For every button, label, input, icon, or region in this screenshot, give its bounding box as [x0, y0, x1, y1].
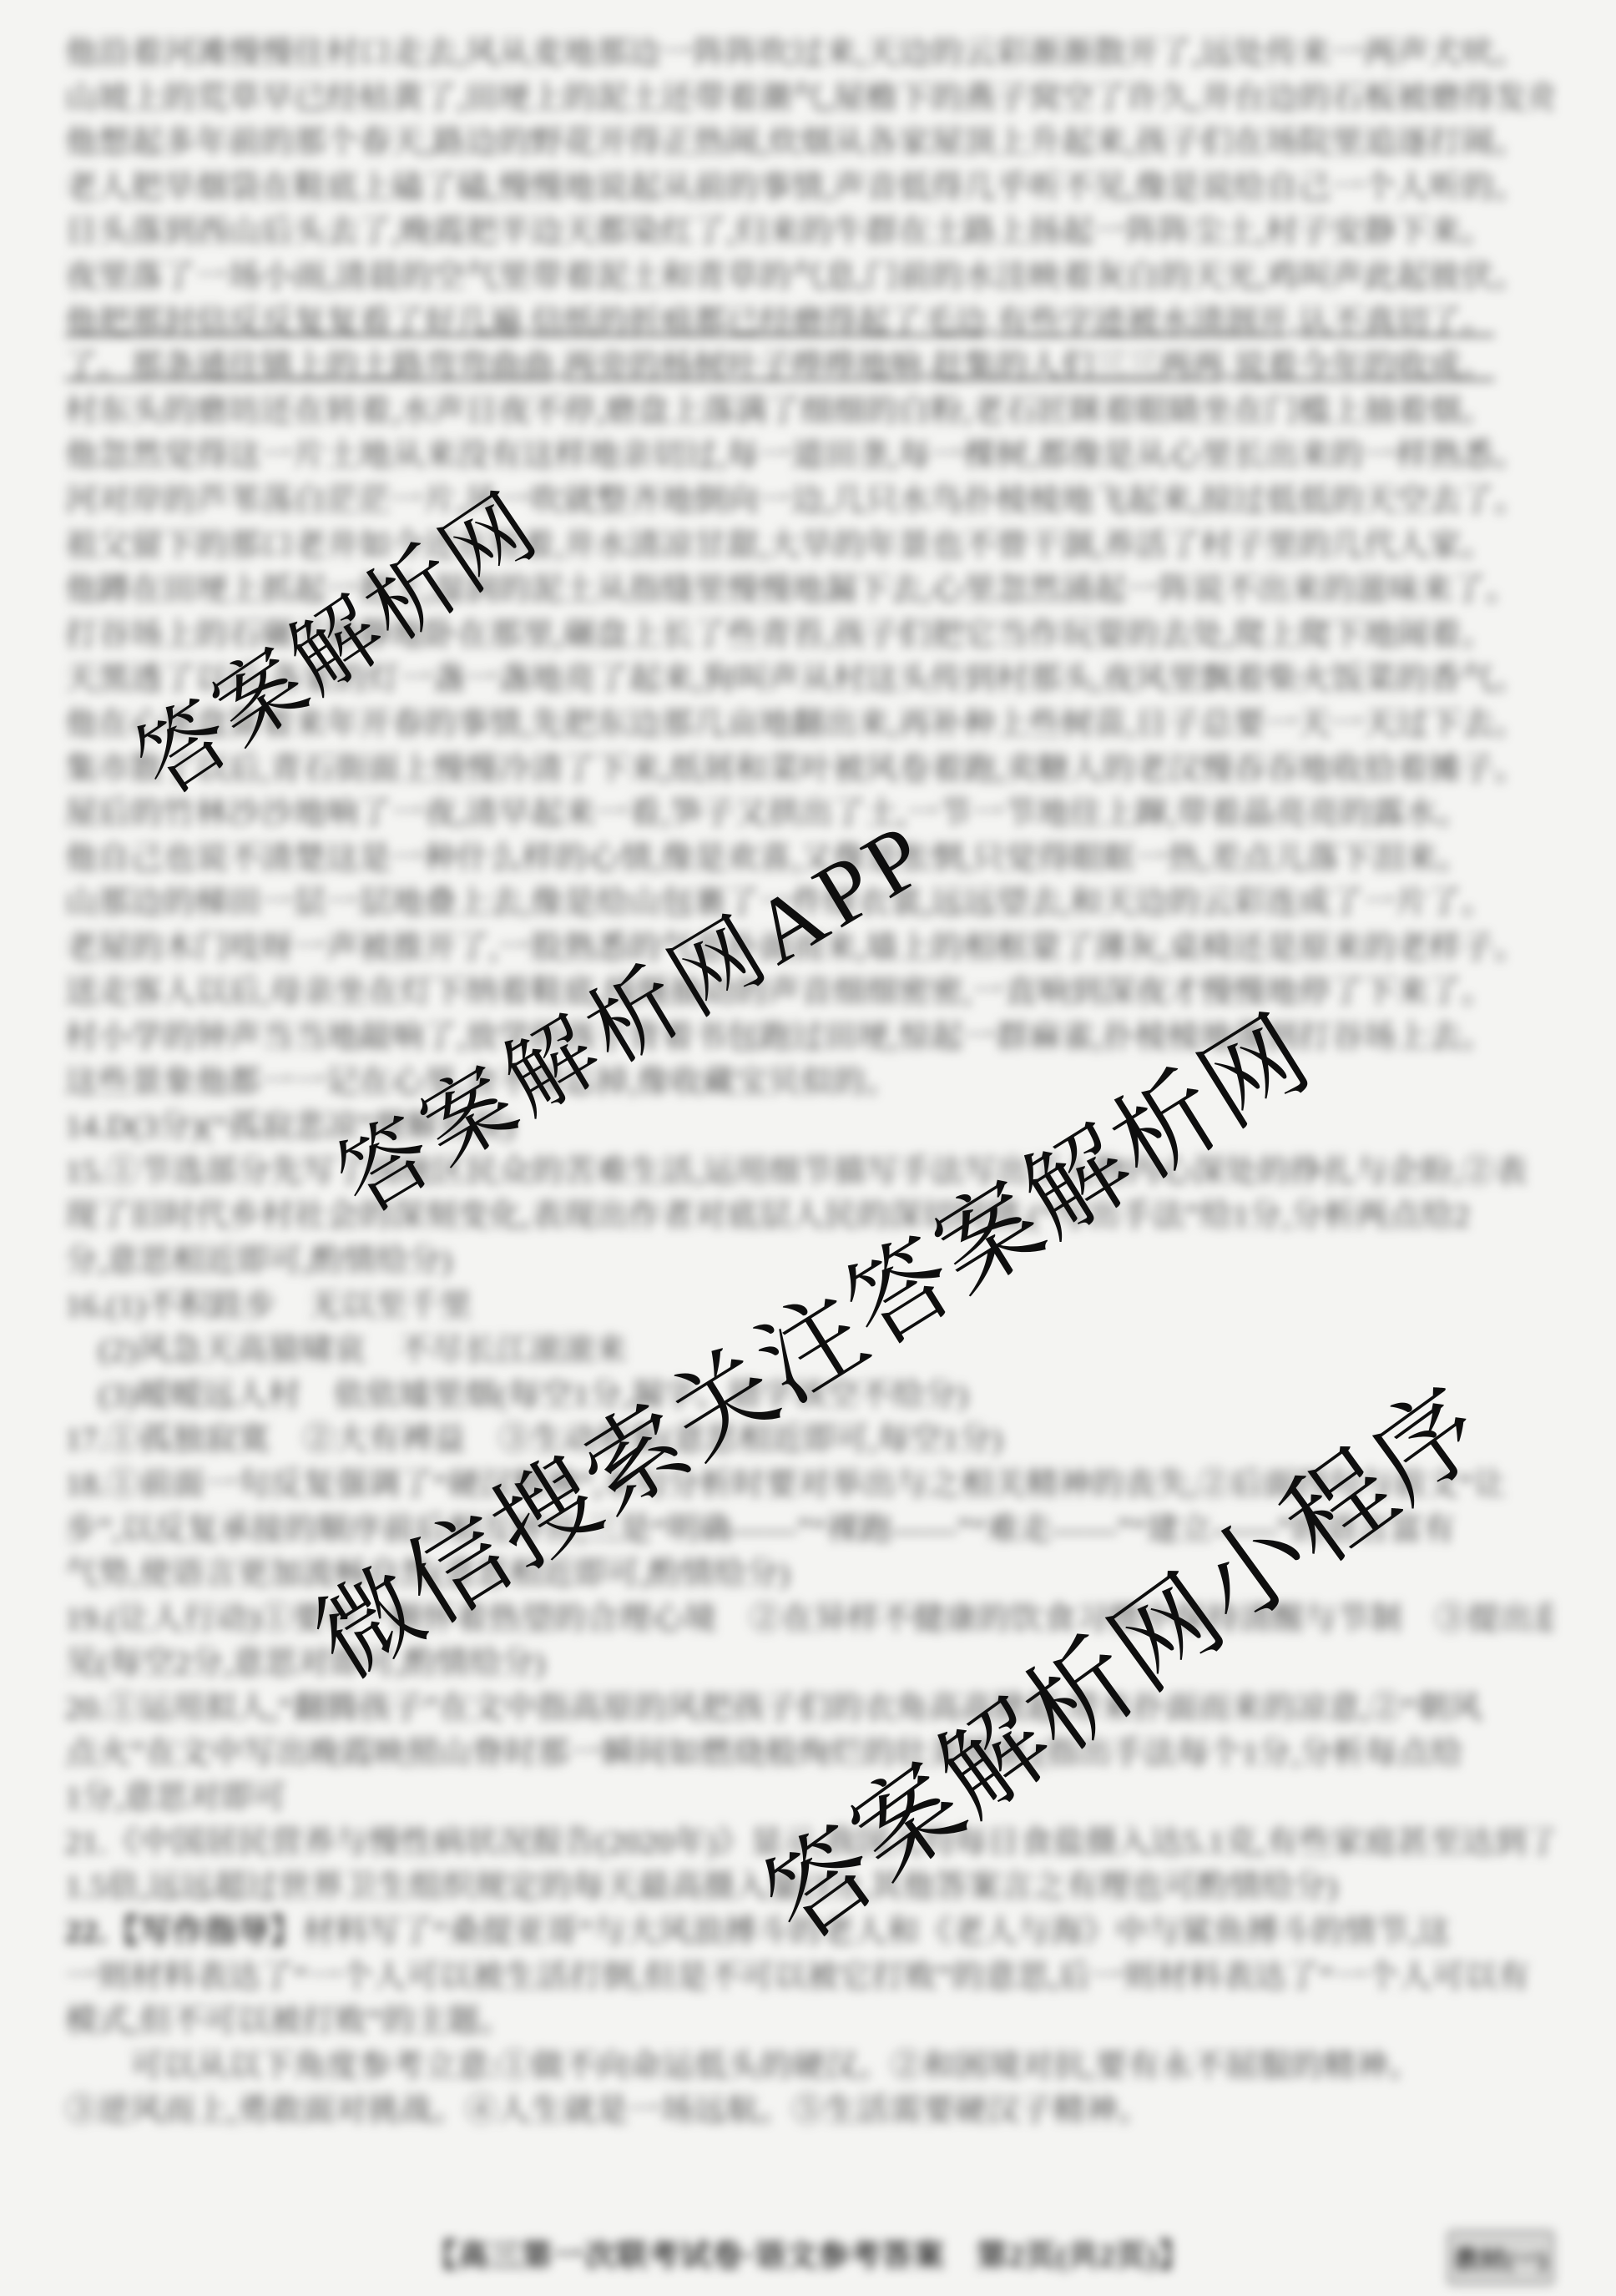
text-line: 他把那封信反反复复看了好几遍,信纸的折痕都已经磨得起了毛边,有些字迹被水渍洇开,…: [65, 300, 1553, 346]
text-line: 夜里落了一场小雨,清晨的空气里带着泥土和青草的气息,门前的水洼映着灰白的天光,鸡…: [65, 255, 1553, 300]
text-line: 集市散了以后,青石街面上慢慢冷清了下来,纸屑和菜叶被风卷着跑,卖糖人的老汉慢吞吞…: [65, 748, 1553, 793]
text-line: 河对岸的芦苇荡白茫茫一片,风一吹就整齐地倒向一边,几只水鸟扑棱棱地飞起来,掠过低…: [65, 479, 1553, 524]
text-line: 送走客人以后,母亲坐在灯下纳着鞋底,线绳抽动的声音细细密密,一直响到深夜才慢慢地…: [65, 971, 1553, 1016]
text-line: 老人把旱烟袋在鞋底上磕了磕,慢慢地说起从前的事情,声音低得几乎听不见,像是说给自…: [65, 166, 1553, 211]
text-line: 见(每空2分,意思对即可,酌情给分): [65, 1642, 1553, 1687]
text-line: 模式,但不可以被打败”的主题。: [65, 2000, 1553, 2045]
page-footer: 【高三第一次联考试卷·语文参考答案 第2页(共2页)】: [0, 2230, 1616, 2275]
text-line: 村东头的磨坊还在转着,水声日夜不停,磨盘上落满了细细的白粉,老石匠眯着眼睛坐在门…: [65, 390, 1553, 435]
scanned-answer-sheet-page: 他沿着河滩慢慢往村口走去,风从麦地那边一阵阵吹过来,天边的云彩渐渐散开了,远处传…: [0, 0, 1616, 2296]
text-line: ③逆风而上,勇敢面对挑战。④人生就是一场远航。⑤生活需要硬汉子精神。: [65, 2089, 1553, 2134]
text-line: 20.①运用拟人,“翻腾孩子”在文中指高原的风把孩子们的衣角高高掀起,带来扑面而…: [65, 1687, 1553, 1732]
text-line: 14.D(3分)(“孤寂悲凉”理解有误): [65, 1105, 1553, 1150]
text-line: 一则材料表达了“一个人可以被生活打倒,但是不可以被它打败”的意思,后一则材料表达…: [65, 1955, 1553, 2001]
text-line: 15.①节选部分先写了国统区民众的苦难生活,运用细节描写手法写出了人物内心深处的…: [65, 1150, 1553, 1195]
footer-badge: 教材(一): [1447, 2230, 1554, 2285]
text-line: 19.(让人行动)①要有一颗怀着热望的合理心境 ②在异样不健康的饮食习惯中保持清…: [65, 1597, 1553, 1643]
text-line: 他忽然觉得这一片土地从来没有这样地亲切过,每一道田垄,每一棵树,都像是从心里长出…: [65, 434, 1553, 479]
text-line: 现了旧时代乡村社会的深刻变化,表现出作者对底层人民的深切同情,(“写出手法”给1…: [65, 1194, 1553, 1239]
text-line-bold-prefix: 22.【写作指导】: [65, 1915, 303, 1950]
text-line: 了。那条通往镇上的土路弯弯曲曲,两旁的杨树叶子哗哗地响,赶集的人们三三两两,说着…: [65, 345, 1553, 390]
text-line: 山坡上的荒草早已经枯黄了,田埂上的泥土还带着潮气,屋檐下的燕子窝空了许久,井台边…: [65, 77, 1553, 122]
text-line: 点火”在文中写出晚霞映照山脊时那一瞬间如燃烧般绚烂的壮美情景,(指出手法每个1分…: [65, 1732, 1553, 1777]
text-line: 日头落到西山后头去了,晚霞把半边天都染红了,归来的牛群在土路上扬起一阵阵尘土,村…: [65, 210, 1553, 255]
text-line: 可以从以下角度参考立意:①做不向命运低头的硬汉。②和困境对抗,要有永不屈服的精神…: [65, 2045, 1553, 2090]
text-line: 祖父留下的那口老井如今还在用着,井水清凉甘甜,大旱的年景也不曾干涸,养活了村子里…: [65, 524, 1553, 569]
text-line: 他想起多年前的那个春天,路边的野花开得正热闹,炊烟从各家屋顶上升起来,孩子们在场…: [65, 121, 1553, 166]
text-line: 村小学的钟声当当地敲响了,放学的孩子背着书包跑过田埂,惊起一群麻雀,扑棱棱地落到…: [65, 1016, 1553, 1061]
text-line: 他沿着河滩慢慢往村口走去,风从麦地那边一阵阵吹过来,天边的云彩渐渐散开了,远处传…: [65, 32, 1553, 77]
